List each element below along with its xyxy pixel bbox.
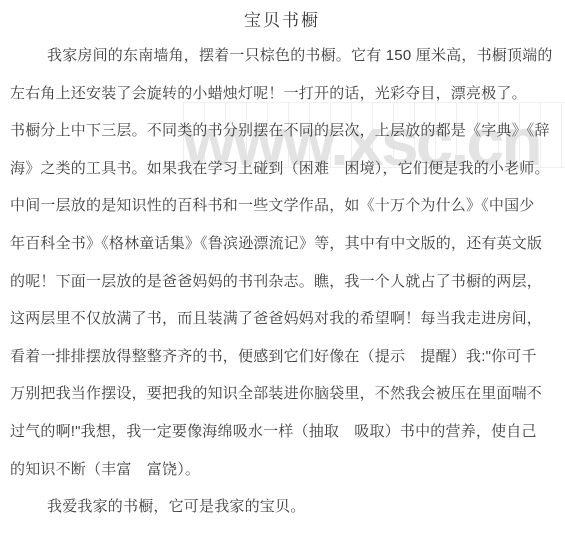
text-line: 海》之类的工具书。如果我在学习上碰到（困难 困境），它们便是我的小老师。 — [10, 150, 554, 188]
essay-title: 宝贝书橱 — [10, 10, 554, 32]
text-line: 中间一层放的是知识性的百科书和一些文学作品，如《十万个为什么》《中国少 — [10, 187, 554, 225]
essay-content: 宝贝书橱 我家房间的东南墙角，摆着一只棕色的书橱。它有 150 厘米高，书橱顶端… — [0, 0, 565, 526]
text-line: 我家房间的东南墙角，摆着一只棕色的书橱。它有 150 厘米高，书橱顶端的 — [10, 37, 554, 75]
text-line: 左右角上还安装了会旋转的小蜡烛灯呢！一打开的话，光彩夺目，漂亮极了。 — [10, 75, 554, 113]
text-line: 过气的啊!"我想，我一定要像海绵吸水一样（抽取 吸取）书中的营养，使自己 — [10, 413, 554, 451]
text-line: 看着一排排摆放得整整齐齐的书，便感到它们好像在（提示 提醒）我:"你可千 — [10, 338, 554, 376]
text-line: 的知识不断（丰富 富饶）。 — [10, 451, 554, 489]
text-line: 书橱分上中下三层。不同类的书分别摆在不同的层次，上层放的都是《字典》《辞 — [10, 112, 554, 150]
text-line: 的呢！下面一层放的是爸爸妈妈的书刊杂志。瞧，我一个人就占了书橱的两层， — [10, 263, 554, 301]
text-line: 年百科全书》《格林童话集》《鲁滨逊漂流记》等，其中有中文版的，还有英文版 — [10, 225, 554, 263]
text-line: 万别把我当作摆设，要把我的知识全部装进你脑袋里，不然我会被压在里面喘不 — [10, 375, 554, 413]
text-line: 我爱我家的书橱，它可是我家的宝贝。 — [10, 488, 554, 526]
essay-body: 我家房间的东南墙角，摆着一只棕色的书橱。它有 150 厘米高，书橱顶端的 左右角… — [10, 37, 554, 526]
text-line: 这两层里不仅放满了书，而且装满了爸爸妈妈对我的希望啊！每当我走进房间， — [10, 300, 554, 338]
document-page: www.xsc.cn 宝贝书橱 我家房间的东南墙角，摆着一只棕色的书橱。它有 1… — [0, 0, 565, 533]
